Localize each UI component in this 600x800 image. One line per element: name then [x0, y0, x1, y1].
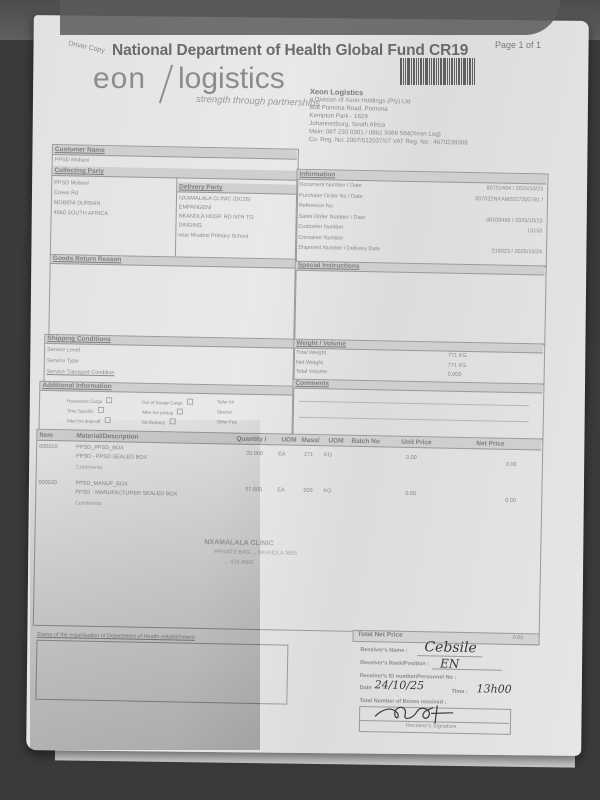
company-address: Xeon Logistics a Division of Xeon Holdin… [309, 88, 469, 148]
collecting-line: MOBENI DURBAN [54, 200, 101, 207]
column-header: Mass/ [301, 437, 319, 444]
checkbox-option[interactable]: Hazardous Cargo [67, 396, 112, 404]
checkbox[interactable] [98, 407, 104, 413]
date-value[interactable]: 24/10/25 [375, 678, 425, 692]
receiver-rank-value[interactable]: EN [440, 657, 460, 671]
shadow-band [60, 0, 560, 35]
weight-label: Total Weight [296, 350, 326, 357]
checkbox-label: Out of Gauge Cargo [142, 400, 183, 406]
receiver-rank-label: Receiver's Rank/Position : [360, 660, 429, 667]
weight-value: 771 KG [448, 353, 467, 359]
delivery-line: EMPANGENI [179, 204, 212, 211]
checkbox-option[interactable]: Special [217, 409, 232, 414]
customer-name: PPSD Mobeni [55, 157, 90, 164]
barcode-icon [400, 58, 484, 85]
item-mass-uom: KG [323, 488, 331, 494]
checkbox-label: After hrs pickup [142, 410, 173, 416]
signature-label: Receiver's Signature [406, 723, 457, 730]
customer-header: Customer Name [55, 146, 105, 154]
item-net-price: 0.00 [506, 462, 517, 468]
collecting-line: PPSD Mobeni [54, 180, 89, 187]
item-net-price: 0.00 [505, 498, 516, 504]
column-header: UOM [328, 437, 343, 444]
shipping-row: Service Level [47, 347, 80, 354]
delivery-party-header: Delivery Party [179, 183, 223, 191]
item-uom: EA [278, 451, 285, 457]
shadow-overlay [30, 420, 260, 750]
receiver-name-label: Receiver's Name : [360, 647, 407, 654]
weight-value: 771 KG [448, 362, 467, 368]
information-header: Information [299, 171, 335, 179]
info-label: Container Number [298, 234, 343, 241]
additional-info-header: Additional Information [42, 382, 111, 390]
checkbox-label: Time Specific [67, 408, 94, 414]
checkbox-label: Hazardous Cargo [67, 398, 102, 404]
checkbox[interactable] [177, 408, 183, 414]
checkbox[interactable] [187, 399, 193, 405]
weight-label: Total Volume [296, 369, 328, 376]
signature-scribble-icon [373, 702, 463, 724]
checkbox[interactable] [106, 397, 112, 403]
special-instructions-header: Special Instructions [298, 262, 360, 270]
column-header: Unit Price [401, 439, 431, 447]
total-net-price-value: 0.00 [513, 635, 524, 641]
checkbox-label: Tailor Kit [217, 399, 234, 404]
column-header: Batch No [351, 438, 380, 446]
logo-eon: eon [93, 62, 146, 96]
checkbox-option[interactable]: Time Specific [67, 406, 104, 414]
info-label: Customer Number [298, 224, 343, 231]
info-label: Purchase Order No / Date [299, 192, 363, 199]
column-header: Net Price [476, 440, 504, 448]
info-label: Reference No [299, 203, 333, 210]
weight-value: 0.000 [448, 372, 462, 378]
weight-label: Net Weight [296, 359, 323, 366]
total-net-price-label: Total Net Price [358, 631, 403, 639]
goods-return-header: Goods Return Reason [53, 255, 122, 263]
item-uom: EA [277, 487, 284, 493]
shipping-row: Service Transport Condition [47, 369, 115, 376]
item-mass: 500 [303, 488, 312, 494]
page-number: Page 1 of 1 [495, 40, 541, 50]
checkbox-label: Special [217, 409, 232, 414]
shipping-row: Service Type [47, 358, 79, 365]
delivery-line: DINGING [178, 222, 202, 228]
collecting-party-header: Collecting Party [54, 167, 104, 175]
time-label: Time : [452, 689, 468, 695]
checkbox-option[interactable]: Out of Gauge Cargo [142, 398, 193, 406]
comments-header: Comments [295, 380, 329, 388]
receiver-name-value[interactable]: Cebsile [424, 639, 477, 656]
checkbox-option[interactable]: After hrs pickup [142, 408, 183, 416]
item-unit-price: 0.00 [405, 491, 416, 497]
logo-logistics: logistics [178, 62, 285, 96]
time-value[interactable]: 13h00 [476, 682, 511, 696]
collecting-line: Crews Rd [54, 190, 78, 196]
collecting-line: 4060 SOUTH AFRICA [54, 210, 109, 217]
item-mass-uom: KG [324, 452, 332, 458]
item-unit-price: 0.00 [406, 455, 417, 461]
info-label: Document Number / Date [299, 182, 361, 189]
column-header: UOM [281, 436, 296, 443]
item-mass: 271 [304, 452, 313, 458]
info-label: Sales Order Number / Date [299, 213, 366, 220]
date-label: Date [360, 685, 372, 691]
weight-header: Weight / Volume [296, 340, 346, 348]
checkbox-option[interactable]: Tailor Kit [217, 399, 234, 404]
shipping-header: Shipping Conditions [47, 335, 111, 343]
